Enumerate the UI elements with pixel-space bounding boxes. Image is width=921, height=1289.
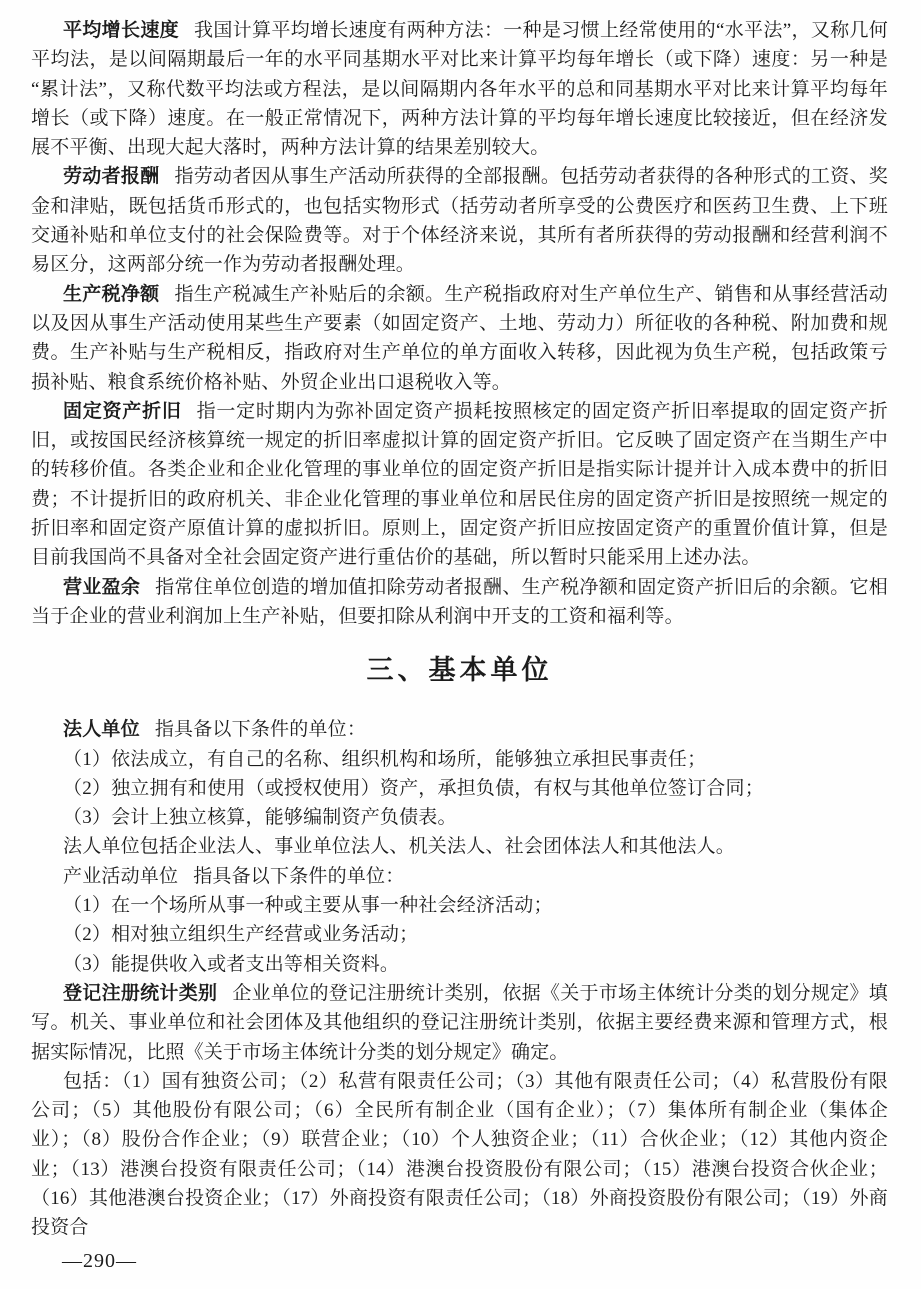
term-legal-entity: 法人单位: [63, 719, 140, 740]
legal-entity-condition-1: （1）依法成立，有自己的名称、组织机构和场所，能够独立承担民事责任；: [31, 745, 888, 774]
intro-legal-entity: 指具备以下条件的单位：: [155, 719, 366, 740]
term-paragraph-average-growth-rate: 平均增长速度我国计算平均增长速度有两种方法：一种是习惯上经常使用的“水平法”，又…: [31, 16, 888, 162]
term-depreciation-of-fixed-assets: 固定资产折旧: [63, 401, 182, 422]
section-heading-basic-units: 三、基本单位: [31, 653, 888, 687]
legal-entity-note: 法人单位包括企业法人、事业单位法人、机关法人、社会团体法人和其他法人。: [31, 832, 888, 861]
term-net-taxes-on-production: 生产税净额: [63, 284, 159, 305]
term-paragraph-establishment-unit: 产业活动单位指具备以下条件的单位：: [31, 862, 888, 891]
term-paragraph-legal-entity: 法人单位指具备以下条件的单位：: [31, 715, 888, 744]
term-labor-remuneration: 劳动者报酬: [63, 166, 159, 187]
registration-category-list: 包括：（1）国有独资公司；（2）私营有限责任公司；（3）其他有限责任公司；（4）…: [31, 1067, 888, 1243]
term-paragraph-depreciation-of-fixed-assets: 固定资产折旧指一定时期内为弥补固定资产损耗按照核定的固定资产折旧率提取的固定资产…: [31, 397, 888, 573]
establishment-unit-condition-2: （2）相对独立组织生产经营或业务活动；: [31, 920, 888, 949]
term-paragraph-net-taxes-on-production: 生产税净额指生产税减生产补贴后的余额。生产税指政府对生产单位生产、销售和从事经营…: [31, 280, 888, 397]
term-registration-category: 登记注册统计类别: [63, 983, 217, 1004]
legal-entity-condition-2: （2）独立拥有和使用（或授权使用）资产，承担负债，有权与其他单位签订合同；: [31, 774, 888, 803]
term-average-growth-rate: 平均增长速度: [63, 20, 179, 41]
page-number: —290—: [62, 1250, 137, 1273]
page-body: 平均增长速度我国计算平均增长速度有两种方法：一种是习惯上经常使用的“水平法”，又…: [31, 16, 888, 1243]
term-paragraph-operating-surplus: 营业盈余指常住单位创造的增加值扣除劳动者报酬、生产税净额和固定资产折旧后的余额。…: [31, 573, 888, 632]
definition-net-taxes-on-production: 指生产税减生产补贴后的余额。生产税指政府对生产单位生产、销售和从事经营活动以及因…: [31, 284, 888, 393]
term-paragraph-registration-category: 登记注册统计类别企业单位的登记注册统计类别，依据《关于市场主体统计分类的划分规定…: [31, 979, 888, 1067]
intro-establishment-unit: 指具备以下条件的单位：: [193, 866, 404, 887]
establishment-unit-condition-3: （3）能提供收入或者支出等相关资料。: [31, 950, 888, 979]
term-paragraph-labor-remuneration: 劳动者报酬指劳动者因从事生产活动所获得的全部报酬。包括劳动者获得的各种形式的工资…: [31, 162, 888, 279]
term-establishment-unit: 产业活动单位: [63, 866, 178, 887]
term-operating-surplus: 营业盈余: [63, 577, 140, 598]
establishment-unit-condition-1: （1）在一个场所从事一种或主要从事一种社会经济活动；: [31, 891, 888, 920]
document-page: 平均增长速度我国计算平均增长速度有两种方法：一种是习惯上经常使用的“水平法”，又…: [0, 0, 921, 1289]
definition-depreciation-of-fixed-assets: 指一定时期内为弥补固定资产损耗按照核定的固定资产折旧率提取的固定资产折旧，或按国…: [31, 401, 888, 568]
legal-entity-condition-3: （3）会计上独立核算，能够编制资产负债表。: [31, 803, 888, 832]
definition-operating-surplus: 指常住单位创造的增加值扣除劳动者报酬、生产税净额和固定资产折旧后的余额。它相当于…: [31, 577, 888, 627]
definition-labor-remuneration: 指劳动者因从事生产活动所获得的全部报酬。包括劳动者获得的各种形式的工资、奖金和津…: [31, 166, 888, 275]
